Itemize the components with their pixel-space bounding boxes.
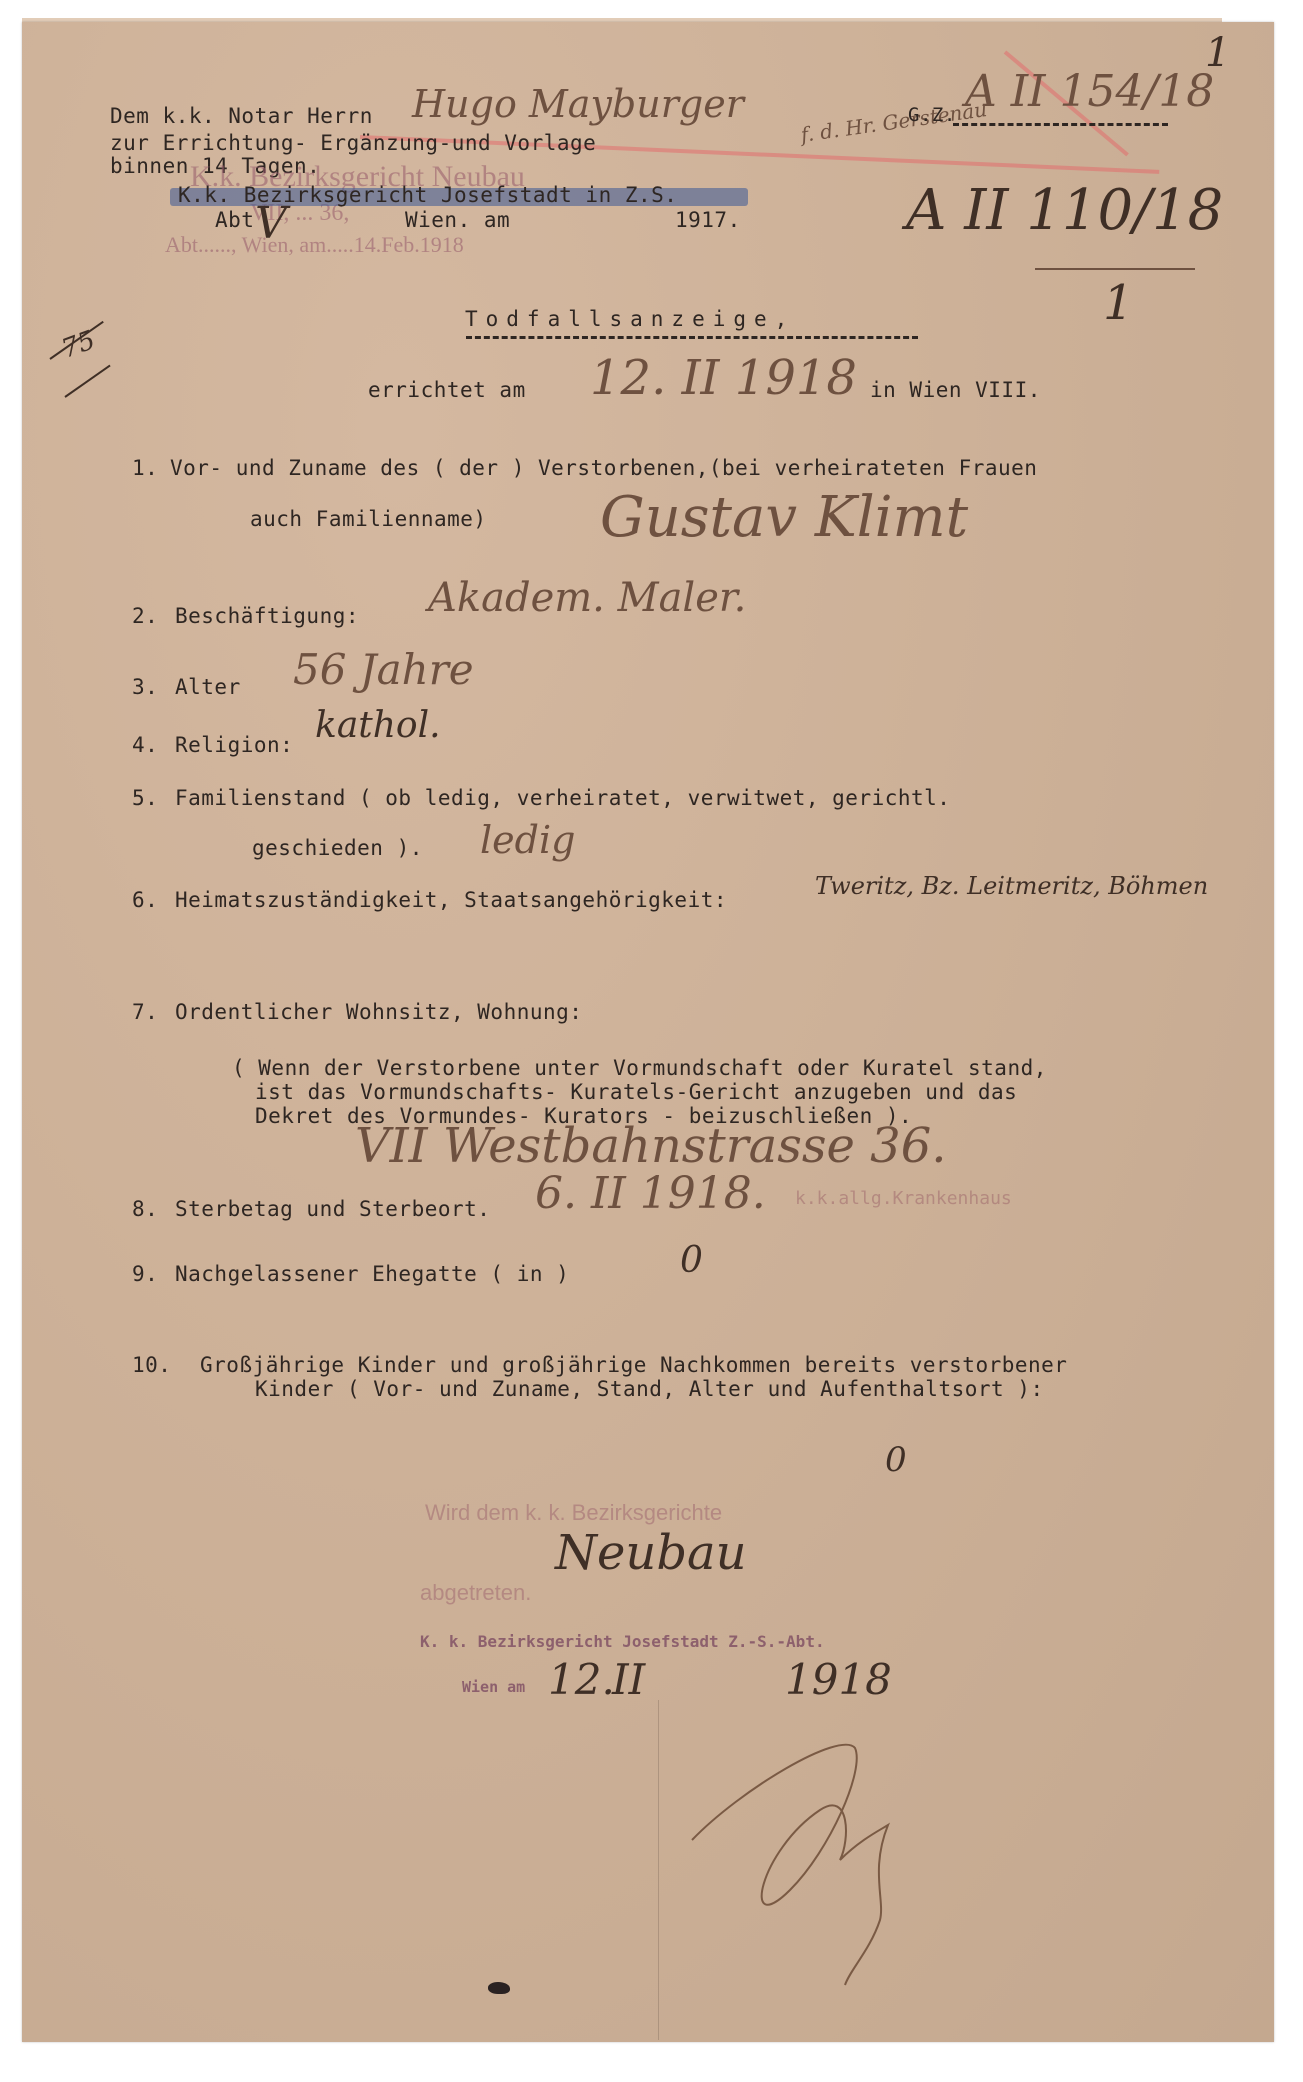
transfer-court-handwritten: Neubau (555, 1525, 747, 1581)
transfer-stamp-line-1: Wird dem k. k. Bezirksgerichte (425, 1500, 722, 1526)
fold-line (658, 1700, 659, 2040)
file-number-underline (1035, 268, 1195, 270)
field-4-label: Religion: (175, 733, 293, 757)
instruction-line-1: zur Errichtung- Ergänzung-und Vorlage (110, 131, 596, 155)
transfer-stamp-wien-am: Wien am (462, 1678, 525, 1696)
field-7-num: 7. (132, 1000, 158, 1024)
field-1-value: Gustav Klimt (600, 485, 968, 550)
field-3-label: Alter (175, 675, 241, 699)
field-5-label-1: Familienstand ( ob ledig, verheiratet, v… (175, 786, 950, 810)
field-8-num: 8. (132, 1197, 158, 1221)
gz-label: G.Z. (908, 104, 956, 126)
gz-underline (953, 123, 1168, 126)
ink-blot (488, 1982, 510, 1994)
field-2-label: Beschäftigung: (175, 604, 359, 628)
year-typed: 1917. (675, 208, 741, 232)
page-number-top: 1 (1205, 30, 1230, 76)
transfer-date-month: II (612, 1655, 645, 1704)
addressee-line: Dem k.k. Notar Herrn (110, 104, 373, 128)
field-7-note-1: ( Wenn der Verstorbene unter Vormundscha… (232, 1056, 1047, 1080)
wien-am: Wien. am (405, 208, 510, 232)
field-5-value: ledig (480, 818, 575, 862)
field-8-value: 6. II 1918. (535, 1168, 766, 1219)
field-5-num: 5. (132, 786, 158, 810)
field-4-num: 4. (132, 733, 158, 757)
field-8-label: Sterbetag und Sterbeort. (175, 1197, 490, 1221)
field-4-value: kathol. (315, 705, 441, 746)
field-8-stamp: k.k.allg.Krankenhaus (795, 1188, 1012, 1209)
file-number: A II 110/18 (906, 178, 1223, 243)
transfer-stamp-line-2: abgetreten. (420, 1580, 531, 1606)
field-3-value: 56 Jahre (293, 645, 474, 694)
field-10-label-1: Großjährige Kinder und großjährige Nachk… (200, 1353, 1067, 1377)
field-10-value-dash: 0 (885, 1440, 907, 1480)
field-5-label-2: geschieden ). (252, 836, 423, 860)
field-9-num: 9. (132, 1262, 158, 1286)
field-7-note-2: ist das Vormundschafts- Kuratels-Gericht… (255, 1080, 1017, 1104)
transfer-date-day: 12. (548, 1655, 615, 1704)
errichtet-location: in Wien VIII. (870, 378, 1041, 402)
field-9-value-dash: 0 (680, 1240, 703, 1281)
abt-label: Abt (215, 208, 254, 232)
abt-handwritten: V (255, 198, 287, 249)
transfer-stamp-line-3: K. k. Bezirksgericht Josefstadt Z.-S.-Ab… (420, 1632, 825, 1651)
field-9-label: Nachgelassener Ehegatte ( in ) (175, 1262, 569, 1286)
field-2-value: Akadem. Maler. (428, 575, 746, 621)
addressee-name: Hugo Mayburger (412, 82, 744, 126)
field-1-label-1: Vor- und Zuname des ( der ) Verstorbenen… (170, 456, 1037, 480)
stamp-date-line: Abt......, Wien, am.....14.Feb.1918 (165, 232, 464, 258)
court-struck: K.k. Bezirksgericht Josefstadt in Z.S. (178, 183, 677, 207)
errichtet-label: errichtet am (368, 378, 526, 402)
field-10-label-2: Kinder ( Vor- und Zuname, Stand, Alter u… (255, 1377, 1044, 1401)
transfer-date-year: 1918 (785, 1655, 892, 1704)
field-6-label: Heimatszuständigkeit, Staatsangehörigkei… (175, 888, 727, 912)
page-number-mid: 1 (1103, 275, 1134, 331)
field-10-num: 10. (132, 1353, 171, 1377)
signature-initials (680, 1730, 920, 2000)
field-3-num: 3. (132, 675, 158, 699)
field-7-label: Ordentlicher Wohnsitz, Wohnung: (175, 1000, 582, 1024)
title-underline (466, 336, 918, 339)
field-6-value: Tweritz, Bz. Leitmeritz, Böhmen (815, 872, 1208, 900)
field-2-num: 2. (132, 604, 158, 628)
page-title: Todfallsanzeige, (465, 307, 795, 331)
gz-value: A II 154/18 (965, 66, 1214, 117)
field-6-num: 6. (132, 888, 158, 912)
field-1-num: 1. (132, 456, 158, 480)
errichtet-date: 12. II 1918 (590, 350, 857, 406)
field-1-label-2: auch Familienname) (250, 507, 487, 531)
field-7-value: VII Westbahnstrasse 36. (355, 1118, 947, 1174)
